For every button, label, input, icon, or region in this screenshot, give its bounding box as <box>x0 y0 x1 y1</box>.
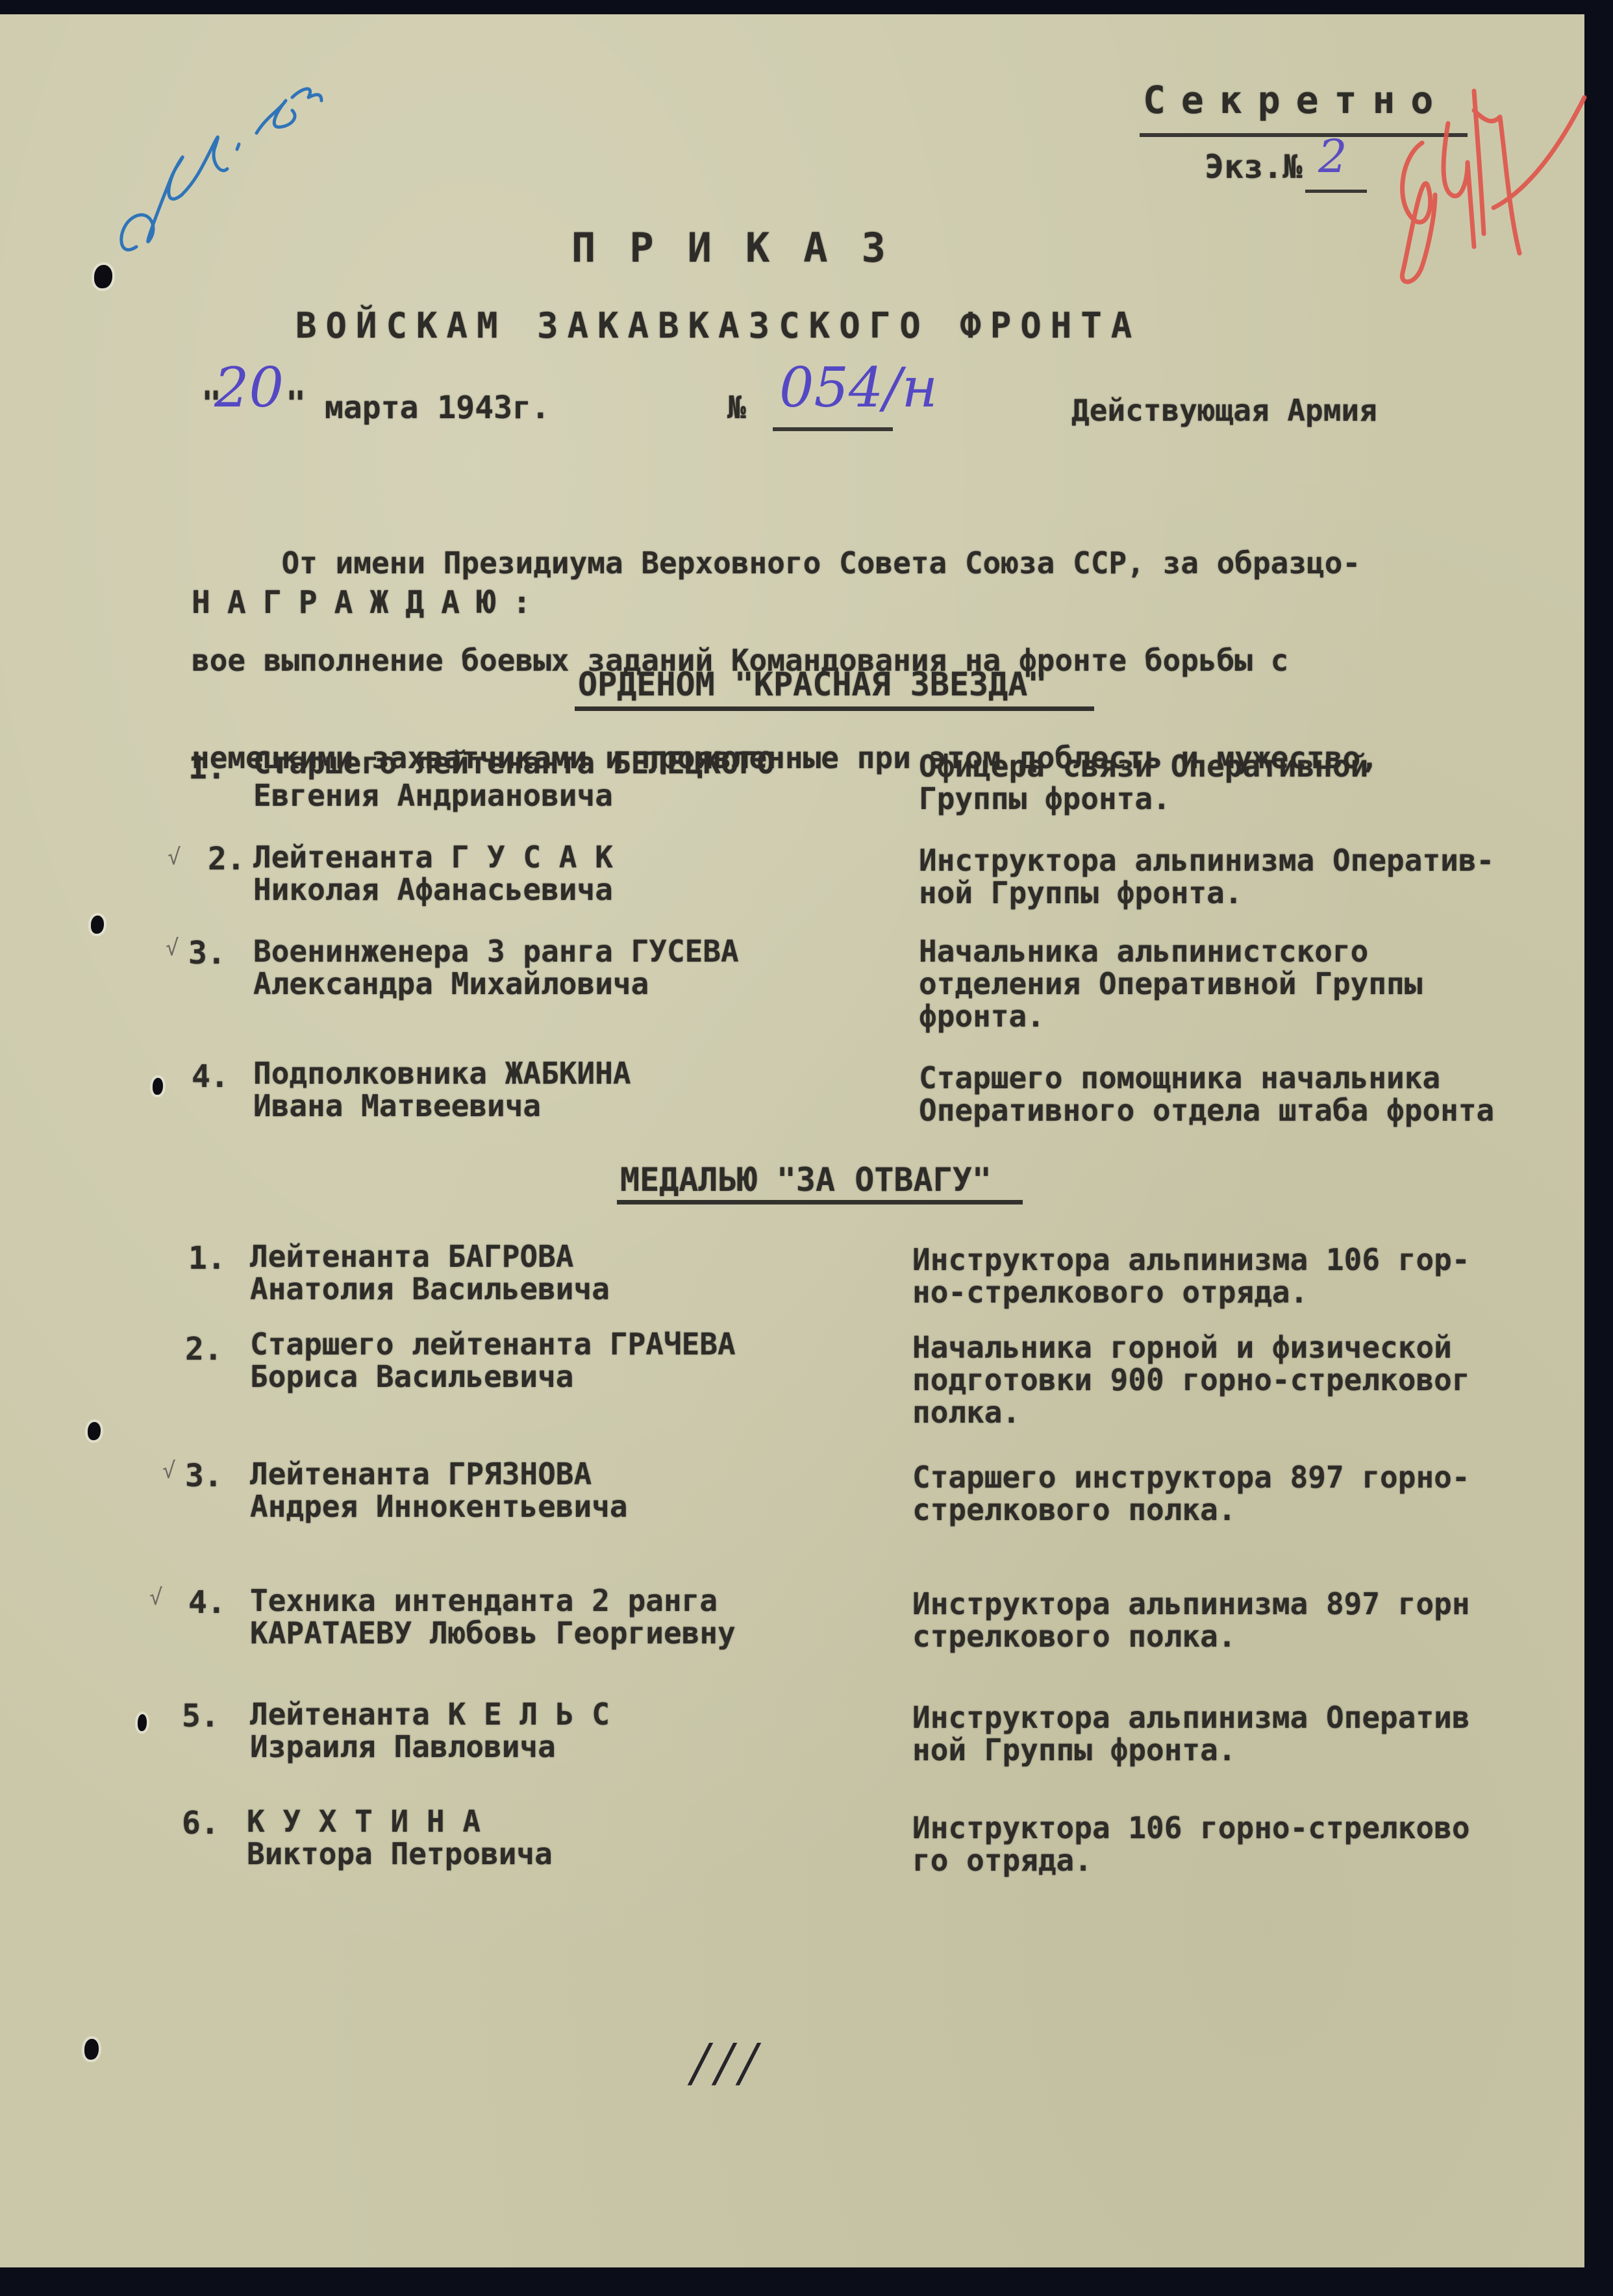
awardee-name: Лейтенанта К Е Л Ь С Израиля Павловича <box>250 1698 610 1763</box>
red-handwritten-mark-icon <box>1396 84 1591 292</box>
punch-hole <box>153 1078 163 1095</box>
awardee-position: Старшего помощника начальника Оперативно… <box>919 1062 1494 1127</box>
check-mark-icon: √ <box>168 844 181 870</box>
punch-hole <box>84 2039 99 2060</box>
document-page <box>0 14 1584 2267</box>
item-number: 6. <box>182 1805 219 1841</box>
awardee-name: Старшего лейтенанта ГРАЧЕВА Бориса Васил… <box>250 1328 736 1393</box>
copy-number-handwritten: 2 <box>1318 130 1347 183</box>
copy-label: Экз.№ <box>1205 148 1303 186</box>
date-quote-close: " <box>286 384 306 423</box>
item-number: 2. <box>185 1331 223 1367</box>
awardee-name: Старшего лейтенанта БЕЛЕЦКОГО Евгения Ан… <box>253 747 775 812</box>
section-heading-underline <box>617 1200 1023 1204</box>
awardee-position: Старшего инструктора 897 горно- стрелков… <box>912 1461 1470 1526</box>
section-heading-for-courage: МЕДАЛЬЮ "ЗА ОТВАГУ" <box>620 1161 992 1199</box>
awardee-name: Лейтенанта Г У С А К Николая Афанасьевич… <box>253 841 613 906</box>
awardee-name: Лейтенанта ГРЯЗНОВА Андрея Иннокентьевич… <box>250 1458 628 1523</box>
awardee-position: Начальника альпинистского отделения Опер… <box>919 935 1422 1032</box>
item-number: 5. <box>182 1698 219 1734</box>
punch-hole <box>88 1422 101 1440</box>
awardee-position: Инструктора альпинизма Оператив ной Груп… <box>912 1701 1470 1766</box>
awardee-name: Техника интенданта 2 ранга КАРАТАЕВУ Люб… <box>250 1584 736 1649</box>
awardee-position: Инструктора 106 горно-стрелково го отряд… <box>912 1812 1470 1877</box>
order-number-handwritten: 054/н <box>779 356 938 419</box>
item-number: 4. <box>192 1058 229 1095</box>
awardee-position: Начальника горной и физической подготовк… <box>912 1331 1470 1429</box>
awardee-name: Подполковника ЖАБКИНА Ивана Матвеевича <box>253 1057 631 1122</box>
preamble-line: От имени Президиума Верховного Совета Со… <box>192 547 1379 579</box>
item-number: 1. <box>188 750 226 786</box>
issuing-location: Действующая Армия <box>1071 393 1377 428</box>
date-day-handwritten: 20 <box>214 356 284 419</box>
awardee-position: Инструктора альпинизма Оператив- ной Гру… <box>919 844 1494 909</box>
check-mark-icon: √ <box>149 1584 162 1610</box>
copy-number-underline <box>1305 190 1367 193</box>
item-number: 4. <box>188 1584 226 1621</box>
document-title: ПРИКАЗ <box>571 224 919 271</box>
awardee-name: К У Х Т И Н А Виктора Петровича <box>247 1805 553 1870</box>
punch-hole <box>91 916 104 934</box>
item-number: 3. <box>188 935 226 971</box>
order-number-underline <box>773 427 893 431</box>
check-mark-icon: √ <box>166 935 179 961</box>
awardee-position: Инструктора альпинизма 106 гор- но-стрел… <box>912 1243 1470 1308</box>
section-heading-red-star: ОРДЕНОМ "КРАСНАЯ ЗВЕЗДА" <box>578 666 1047 703</box>
awardee-name: Военинженера 3 ранга ГУСЕВА Александра М… <box>253 935 739 1000</box>
continuation-mark: /// <box>692 2032 764 2093</box>
awardee-name: Лейтенанта БАГРОВА Анатолия Васильевича <box>250 1240 610 1305</box>
award-verb: НАГРАЖДАЮ: <box>192 584 548 621</box>
item-number: 3. <box>185 1458 223 1494</box>
awardee-position: Инструктора альпинизма 897 горн стрелков… <box>912 1588 1470 1653</box>
check-mark-icon: √ <box>162 1458 175 1484</box>
item-number: 2. <box>208 841 245 877</box>
date-month-year: марта 1943г. <box>325 390 550 426</box>
punch-hole <box>94 265 112 288</box>
punch-hole <box>138 1714 147 1731</box>
blue-handwritten-note-icon <box>97 65 344 286</box>
order-number-sign: № <box>727 390 746 426</box>
item-number: 1. <box>188 1240 226 1277</box>
awardee-position: Офицера связи Оперативной Группы фронта. <box>919 750 1368 815</box>
section-heading-underline <box>575 706 1094 711</box>
document-subtitle: ВОЙСКАМ ЗАКАВКАЗСКОГО ФРОНТА <box>295 305 1141 346</box>
